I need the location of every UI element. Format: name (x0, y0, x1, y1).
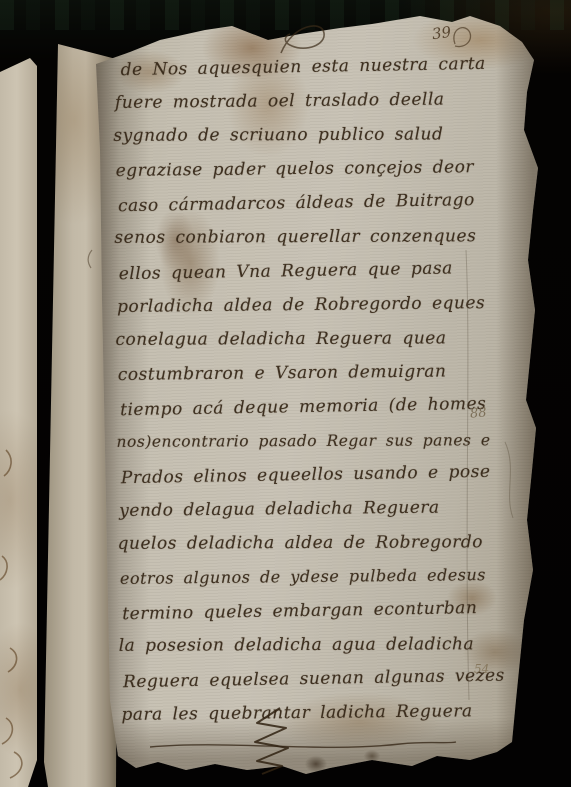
manuscript-line: Prados elinos equeellos usando e pose (121, 455, 494, 495)
manuscript-line: nos)encontrario pasado Regar sus panes e (116, 423, 488, 459)
manuscript-line: tiempo acá deque memoria (de homes (120, 387, 493, 427)
margin-note-lower: 54 (474, 662, 489, 676)
manuscript-line: fuere mostrada oel traslado deella (115, 82, 487, 120)
manuscript-line: caso cármadarcos áldeas de Buitrago (118, 183, 491, 223)
page-number: 39 (431, 23, 452, 43)
manuscript-line: quelos deladicha aldea de Robregordo (118, 525, 490, 561)
left-leaf-edge-outer (0, 0, 37, 787)
manuscript-line: ellos quean Vna Reguera que pasa (118, 251, 491, 291)
manuscript-text-block: de Nos aquesquien esta nuestra carta fue… (114, 48, 493, 732)
manuscript-line: la posesion deladicha agua deladicha (119, 627, 491, 663)
manuscript-line: sygnado de scriuano publico salud (113, 117, 485, 153)
margin-note-upper: 88 (469, 405, 487, 421)
manuscript-line: termino queles embargan econturban (122, 591, 495, 631)
manuscript-line: eotros algunos de ydese pulbeda edesus (120, 558, 492, 596)
photo-scene: de Nos aquesquien esta nuestra carta fue… (0, 0, 571, 787)
manuscript-line: porladicha aldea de Robregordo eques (117, 286, 489, 324)
manuscript-line: costumbraron e Vsaron demuigran (118, 354, 490, 392)
manuscript-line: senos conbiaron querellar conzenques (114, 219, 486, 255)
manuscript-line: yendo delagua deladicha Reguera (119, 490, 491, 528)
manuscript-line: egraziase pader quelos conçejos deor (116, 150, 488, 188)
manuscript-line: conelagua deladicha Reguera quea (115, 321, 487, 357)
manuscript-line: Reguera equelsea suenan algunas vezes (123, 659, 496, 699)
manuscript-line: para les quebrantar ladicha Reguera (121, 694, 493, 732)
manuscript-line: de Nos aquesquien esta nuestra carta (120, 47, 493, 87)
